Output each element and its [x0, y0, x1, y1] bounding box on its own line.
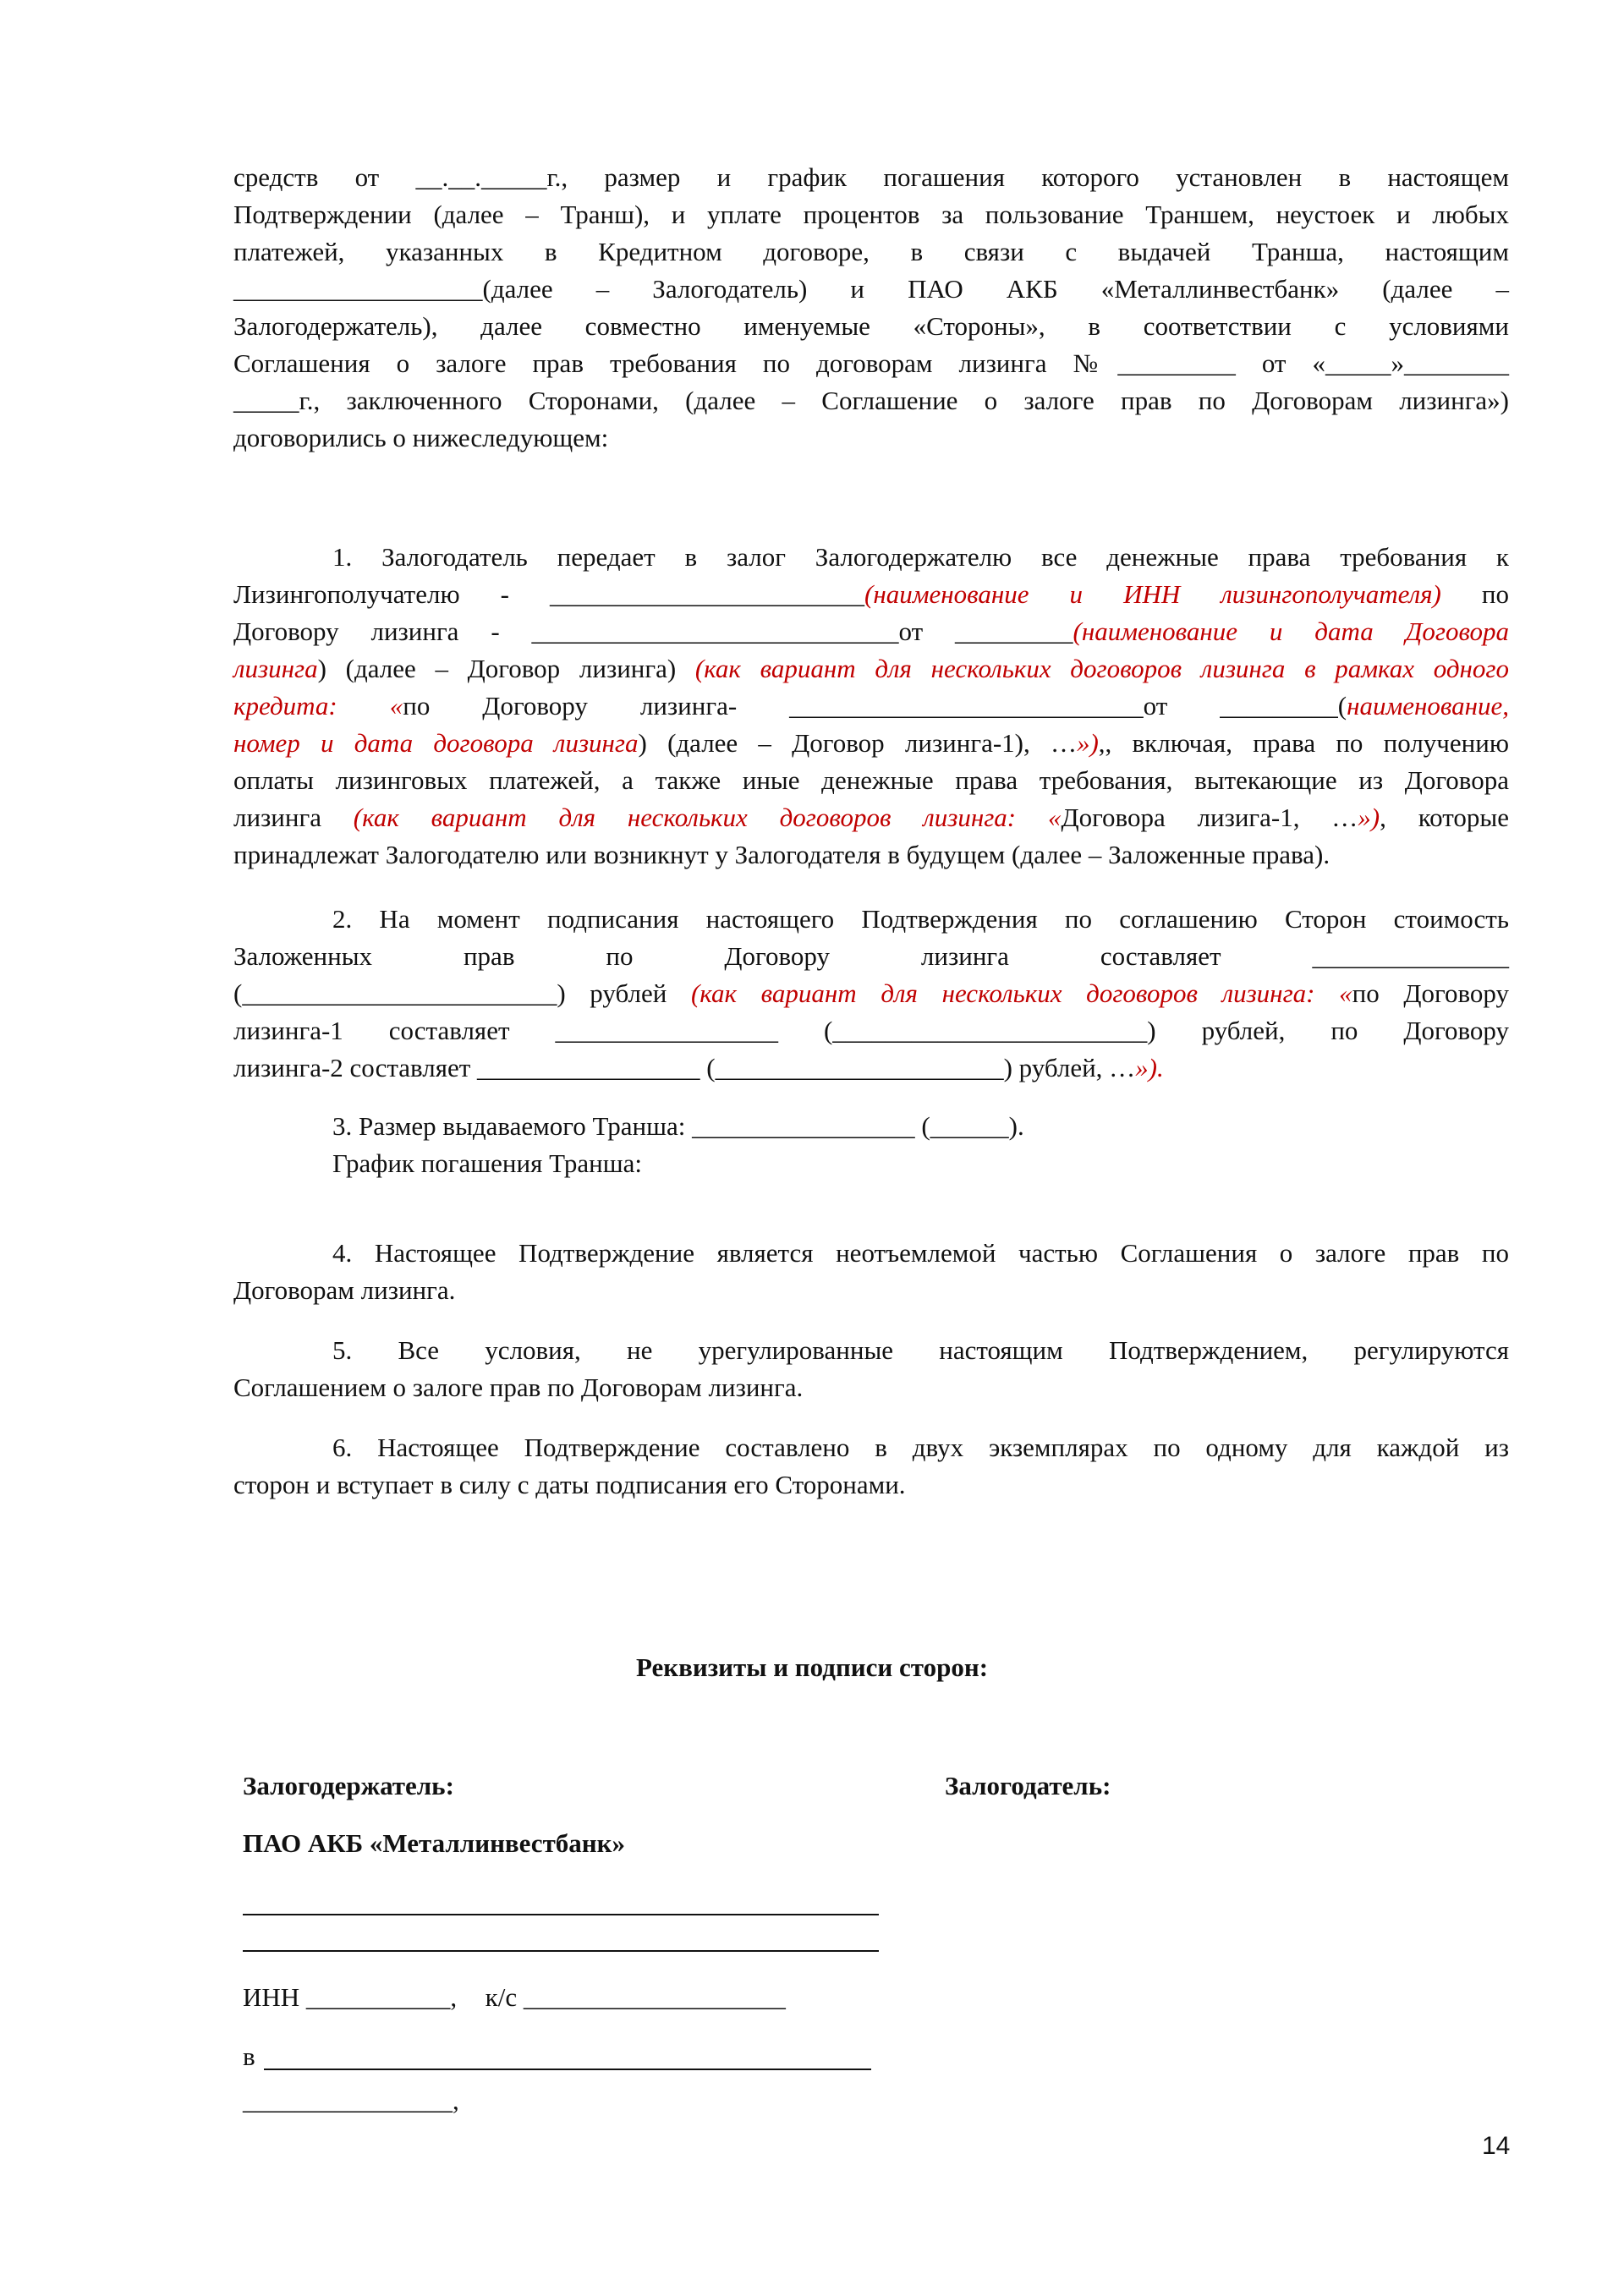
clause-line: номер и дата договора лизинга) (далее – … — [233, 725, 1509, 762]
annotation-text: ») — [1358, 803, 1380, 832]
clause-line: оплаты лизинговых платежей, а также иные… — [233, 762, 1509, 799]
bank-prefix: в — [243, 2041, 255, 2071]
bank-line — [264, 2069, 871, 2070]
ks-value: ____________________ — [524, 1982, 786, 2012]
clause-text: лизинга-1 составляет _________________ (… — [233, 1016, 1509, 1045]
annotation-text: номер и дата договора лизинга — [233, 728, 639, 758]
intro-line: средств от __.__._____г., размер и графи… — [233, 159, 1509, 196]
annotation-text: лизинга — [233, 654, 318, 683]
clause-line: Соглашением о залоге прав по Договорам л… — [233, 1369, 1509, 1406]
annotation-text: ») — [1077, 728, 1099, 758]
clause-line: Лизингополучателю - ____________________… — [233, 576, 1509, 613]
clause-text: ) (далее – Договор лизинга) — [318, 654, 695, 683]
trailing-row: ________________, — [243, 2082, 459, 2119]
annotation-text: (как вариант для нескольких договоров ли… — [691, 978, 1352, 1008]
inn-value: ___________, — [306, 1982, 457, 2012]
intro-line: Соглашения о залоге прав требования по д… — [233, 345, 1509, 382]
clause-line: 4. Настоящее Подтверждение является неот… — [332, 1235, 1509, 1272]
clause-line: Договорам лизинга. — [233, 1272, 1509, 1309]
tranche-schedule-line: График погашения Транша: — [332, 1145, 1509, 1182]
intro-line: Подтверждении (далее – Транш), и уплате … — [233, 196, 1509, 233]
clause-line: сторон и вступает в силу с даты подписан… — [233, 1466, 1509, 1504]
annotation-text: (как вариант для нескольких договоров ли… — [354, 803, 1062, 832]
clause-text: Договора лизига-1, … — [1061, 803, 1358, 832]
clause-text: по Договору лизинга- ___________________… — [403, 691, 1347, 721]
clause-line: 5. Все условия, не урегулированные насто… — [332, 1332, 1509, 1369]
bank-row: в — [243, 2038, 255, 2075]
clause-line: Заложенных прав по Договору лизинга сост… — [233, 938, 1509, 975]
clause-line: лизинга-1 составляет _________________ (… — [233, 1012, 1509, 1049]
annotation-text: (наименование и ИНН лизингополучателя) — [864, 579, 1441, 609]
intro-line: _____г., заключенного Сторонами, (далее … — [233, 382, 1509, 419]
signature-line — [243, 1914, 879, 1915]
signatures-heading: Реквизиты и подписи сторон: — [0, 1649, 1624, 1686]
clause-line: лизинга (как вариант для нескольких дого… — [233, 799, 1509, 836]
clause-line: 1. Залогодатель передает в залог Залогод… — [332, 539, 1509, 576]
clause-text: ) (далее – Договор лизинга-1), … — [639, 728, 1077, 758]
clause-text: 2. На момент подписания настоящего Подтв… — [332, 904, 1509, 934]
clause-text: Лизингополучателю - ____________________… — [233, 579, 864, 609]
clause-line: 2. На момент подписания настоящего Подтв… — [332, 901, 1509, 938]
clause-text: по Договору — [1352, 978, 1509, 1008]
tranche-size-line: 3. Размер выдаваемого Транша: __________… — [332, 1108, 1509, 1145]
signature-line — [243, 1950, 879, 1952]
clause-text: лизинга — [233, 803, 354, 832]
pledgee-name: ПАО АКБ «Металлинвестбанк» — [243, 1825, 625, 1862]
inn-row: ИНН ___________, к/с ___________________… — [243, 1979, 786, 2016]
clause-line: 6. Настоящее Подтверждение составлено в … — [332, 1429, 1509, 1466]
clause-text: (________________________) рублей — [233, 978, 691, 1008]
clause-text: , которые — [1380, 803, 1509, 832]
clause-text: принадлежат Залогодателю или возникнут у… — [233, 840, 1330, 869]
intro-line: договорились о нижеследующем: — [233, 419, 1509, 457]
clause-line: лизинга) (далее – Договор лизинга) (как … — [233, 650, 1509, 688]
clause-text: по — [1441, 579, 1509, 609]
annotation-text: кредита: « — [233, 691, 403, 721]
page-number: 14 — [1482, 2131, 1510, 2162]
clause-text: ,, включая, права по получению — [1099, 728, 1509, 758]
clause-text: Договору лизинга - _____________________… — [233, 616, 1073, 646]
clause-line: лизинга-2 составляет _________________ (… — [233, 1049, 1509, 1087]
clause-line: кредита: «по Договору лизинга- _________… — [233, 688, 1509, 725]
clause-text: оплаты лизинговых платежей, а также иные… — [233, 765, 1509, 795]
intro-line: платежей, указанных в Кредитном договоре… — [233, 233, 1509, 271]
annotation-text: наименование, — [1347, 691, 1509, 721]
clause-line: Договору лизинга - _____________________… — [233, 613, 1509, 650]
clause-text: 1. Залогодатель передает в залог Залогод… — [332, 542, 1509, 572]
inn-label: ИНН — [243, 1982, 299, 2012]
clause-text: лизинга-2 составляет _________________ (… — [233, 1053, 1135, 1082]
annotation-text: (как вариант для нескольких договоров ли… — [695, 654, 1509, 683]
pledgee-label: Залогодержатель: — [243, 1767, 454, 1805]
intro-line: ___________________(далее – Залогодатель… — [233, 271, 1509, 308]
annotation-text: (наименование и дата Договора — [1073, 616, 1509, 646]
pledgor-label: Залогодатель: — [945, 1767, 1111, 1805]
clause-line: принадлежат Залогодателю или возникнут у… — [233, 836, 1509, 874]
clause-line: (________________________) рублей (как в… — [233, 975, 1509, 1012]
intro-line: Залогодержатель), далее совместно именуе… — [233, 308, 1509, 345]
clause-text: Заложенных прав по Договору лизинга сост… — [233, 941, 1509, 971]
ks-label: к/с — [486, 1982, 517, 2012]
annotation-text: »). — [1135, 1053, 1164, 1082]
document-page: средств от __.__._____г., размер и графи… — [0, 0, 1624, 2296]
